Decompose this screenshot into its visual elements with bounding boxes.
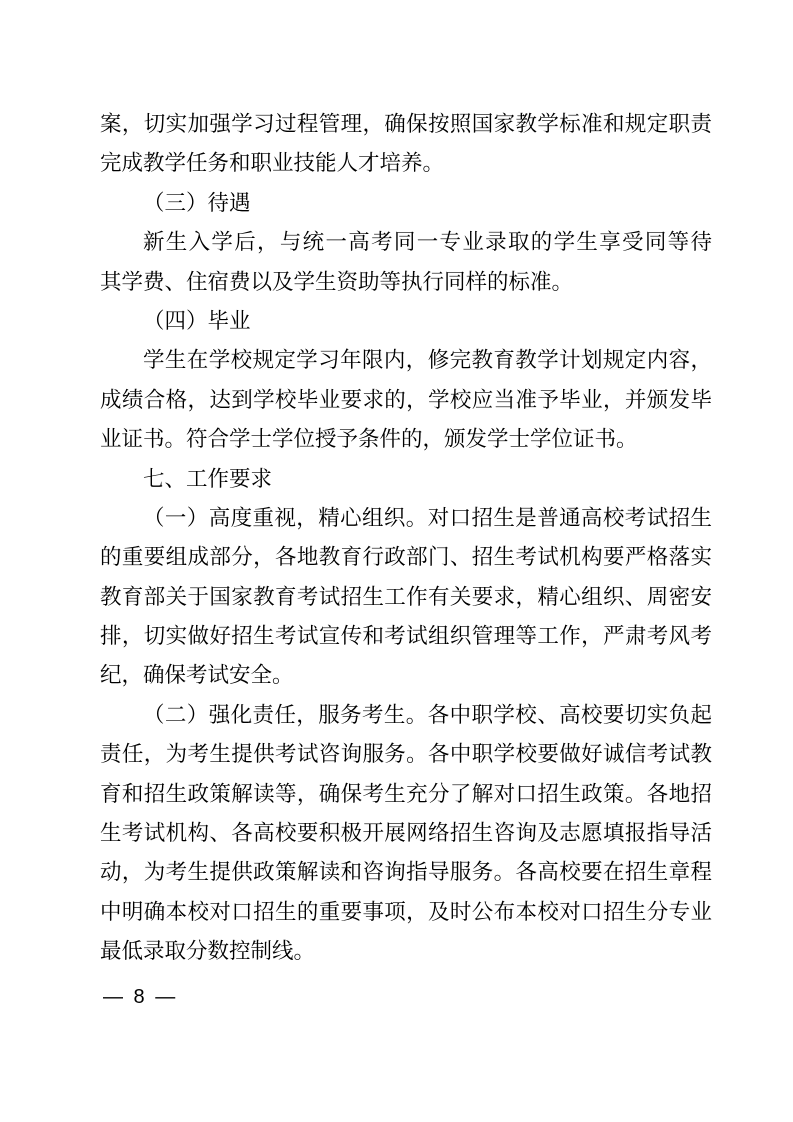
- text-line: 的重要组成部分，各地教育行政部门、招生考试机构要严格落实: [100, 538, 712, 577]
- text-line: 成绩合格，达到学校毕业要求的，学校应当准予毕业，并颁发毕: [100, 381, 712, 420]
- text-line: 排，切实做好招生考试宣传和考试组织管理等工作，严肃考风考: [100, 617, 712, 656]
- text-line: （二）强化责任，服务考生。各中职学校、高校要切实负起: [100, 696, 712, 735]
- document-page: 案，切实加强学习过程管理，确保按照国家教学标准和规定职责完成教学任务和职业技能人…: [0, 0, 793, 1122]
- page-number: — 8 —: [103, 985, 175, 1009]
- text-line: 教育部关于国家教育考试招生工作有关要求，精心组织、周密安: [100, 578, 712, 617]
- text-line: 最低录取分数控制线。: [100, 932, 712, 971]
- text-line: 案，切实加强学习过程管理，确保按照国家教学标准和规定职责: [100, 105, 712, 144]
- text-line: 完成教学任务和职业技能人才培养。: [100, 144, 712, 183]
- text-line: 学生在学校规定学习年限内，修完教育教学计划规定内容，: [100, 341, 712, 380]
- text-line: 动，为考生提供政策解读和咨询指导服务。各高校要在招生章程: [100, 853, 712, 892]
- text-line: 生考试机构、各高校要积极开展网络招生咨询及志愿填报指导活: [100, 814, 712, 853]
- text-line: 业证书。符合学士学位授予条件的，颁发学士学位证书。: [100, 420, 712, 459]
- text-line: 七、工作要求: [100, 460, 712, 499]
- text-line: 新生入学后，与统一高考同一专业录取的学生享受同等待遇，: [100, 223, 712, 262]
- text-line: 育和招生政策解读等，确保考生充分了解对口招生政策。各地招: [100, 775, 712, 814]
- text-line: 中明确本校对口招生的重要事项，及时公布本校对口招生分专业: [100, 893, 712, 932]
- text-line: （三）待遇: [100, 184, 712, 223]
- text-line: （一）高度重视，精心组织。对口招生是普通高校考试招生: [100, 499, 712, 538]
- text-line: 其学费、住宿费以及学生资助等执行同样的标准。: [100, 263, 712, 302]
- text-line: 责任，为考生提供考试咨询服务。各中职学校要做好诚信考试教: [100, 735, 712, 774]
- text-line: 纪，确保考试安全。: [100, 656, 712, 695]
- page-body: 案，切实加强学习过程管理，确保按照国家教学标准和规定职责完成教学任务和职业技能人…: [100, 105, 712, 972]
- text-line: （四）毕业: [100, 302, 712, 341]
